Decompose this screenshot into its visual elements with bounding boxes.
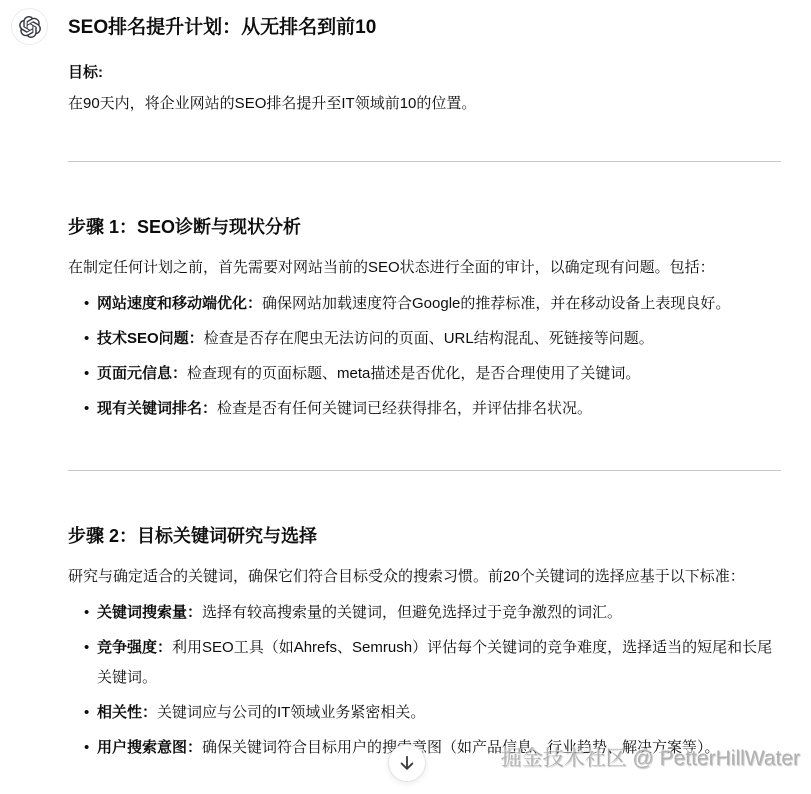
chatgpt-logo-icon (19, 16, 41, 38)
bullet-desc: 选择有较高搜索量的关键词，但避免选择过于竞争激烈的词汇。 (202, 604, 622, 621)
step-1-heading: 步骤 1：SEO诊断与现状分析 (68, 215, 781, 239)
list-item: 关键词搜索量：选择有较高搜索量的关键词，但避免选择过于竞争激烈的词汇。 (84, 598, 781, 628)
list-item: 技术SEO问题：检查是否存在爬虫无法访问的页面、URL结构混乱、死链接等问题。 (84, 324, 781, 354)
page-title: SEO排名提升计划：从无排名到前10 (68, 15, 781, 41)
bullet-desc: 确保网站加载速度符合Google的推荐标准，并在移动设备上表现良好。 (262, 295, 730, 312)
step-2-bullet-list: 关键词搜索量：选择有较高搜索量的关键词，但避免选择过于竞争激烈的词汇。 竞争强度… (68, 598, 781, 763)
bullet-term: 用户搜索意图： (97, 739, 202, 756)
list-item: 竞争强度：利用SEO工具（如Ahrefs、Semrush）评估每个关键词的竞争难… (84, 633, 781, 693)
bullet-desc: 关键词应与公司的IT领域业务紧密相关。 (157, 704, 425, 721)
step-2-intro: 研究与确定适合的关键词，确保它们符合目标受众的搜索习惯。前20个关键词的选择应基… (68, 562, 781, 592)
list-item: 现有关键词排名：检查是否有任何关键词已经获得排名，并评估排名状况。 (84, 394, 781, 424)
bullet-term: 页面元信息： (97, 365, 187, 382)
bullet-desc: 确保关键词符合目标用户的搜索意图（如产品信息、行业趋势、解决方案等）。 (202, 739, 720, 756)
bullet-desc: 检查是否有任何关键词已经获得排名，并评估排名状况。 (217, 400, 592, 417)
goal-label: 目标: (68, 62, 781, 84)
message-content: SEO排名提升计划：从无排名到前10 目标: 在90天内，将企业网站的SEO排名… (68, 0, 781, 763)
bullet-term: 关键词搜索量： (97, 604, 202, 621)
bullet-term: 竞争强度： (97, 639, 172, 656)
bullet-term: 相关性： (97, 704, 157, 721)
chat-message-page: SEO排名提升计划：从无排名到前10 目标: 在90天内，将企业网站的SEO排名… (0, 0, 811, 794)
step-1-intro: 在制定任何计划之前，首先需要对网站当前的SEO状态进行全面的审计，以确定现有问题… (68, 253, 781, 283)
list-item: 用户搜索意图：确保关键词符合目标用户的搜索意图（如产品信息、行业趋势、解决方案等… (84, 733, 781, 763)
bullet-term: 网站速度和移动端优化： (97, 295, 262, 312)
bullet-desc: 检查现有的页面标题、meta描述是否优化，是否合理使用了关键词。 (187, 365, 640, 382)
section-divider (68, 161, 781, 162)
list-item: 网站速度和移动端优化：确保网站加载速度符合Google的推荐标准，并在移动设备上… (84, 289, 781, 319)
step-1-bullet-list: 网站速度和移动端优化：确保网站加载速度符合Google的推荐标准，并在移动设备上… (68, 289, 781, 424)
goal-text: 在90天内，将企业网站的SEO排名提升至IT领域前10的位置。 (68, 93, 781, 115)
step-2-heading: 步骤 2：目标关键词研究与选择 (68, 524, 781, 548)
section-divider (68, 470, 781, 471)
list-item: 相关性：关键词应与公司的IT领域业务紧密相关。 (84, 698, 781, 728)
arrow-down-icon (397, 753, 417, 773)
bullet-term: 现有关键词排名： (97, 400, 217, 417)
scroll-to-bottom-button[interactable] (388, 744, 426, 782)
bullet-desc: 检查是否存在爬虫无法访问的页面、URL结构混乱、死链接等问题。 (204, 330, 654, 347)
assistant-avatar (11, 8, 48, 45)
bullet-term: 技术SEO问题： (97, 330, 204, 347)
bullet-desc: 利用SEO工具（如Ahrefs、Semrush）评估每个关键词的竞争难度，选择适… (97, 639, 772, 686)
list-item: 页面元信息：检查现有的页面标题、meta描述是否优化，是否合理使用了关键词。 (84, 359, 781, 389)
